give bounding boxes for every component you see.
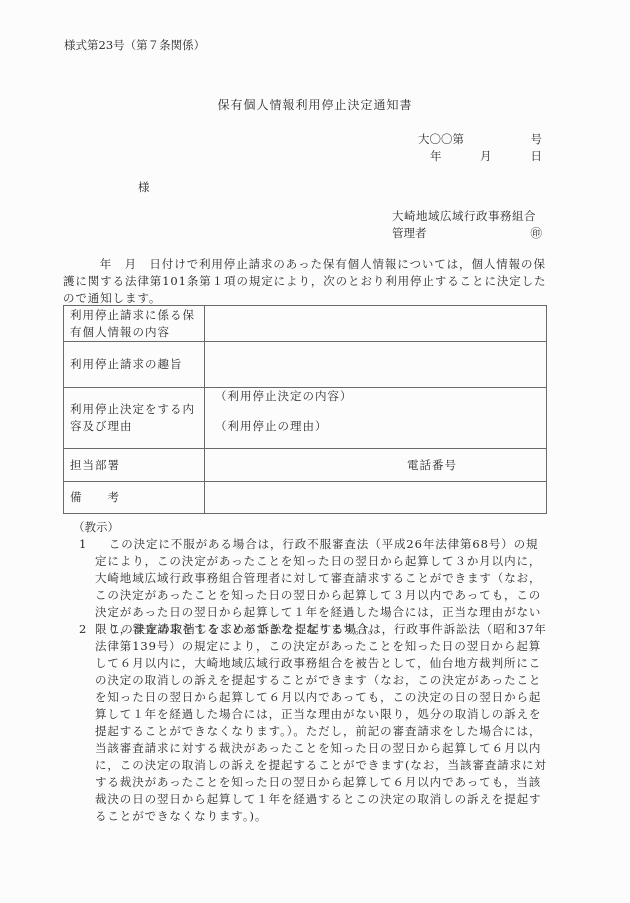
table-row: 利用停止請求に係る保有個人情報の内容: [64, 306, 547, 342]
sender-title: 管理者 ㊞: [392, 225, 542, 241]
row-value: [205, 306, 547, 342]
paragraph-text: 年 月 日付けで利用停止請求のあった保有個人情報については，個人情報の保護に関す…: [63, 256, 553, 307]
decision-content-label: （利用停止決定の内容）: [215, 388, 353, 405]
sender-title-text: 管理者: [392, 226, 427, 240]
row-label: 担当部署: [64, 449, 205, 482]
notice-number: 2: [79, 621, 87, 638]
addressee: 様: [138, 179, 150, 195]
date-month: 月: [480, 148, 492, 164]
row-value: 電話番号: [205, 449, 547, 482]
row-value: （利用停止決定の内容） （利用停止の理由）: [205, 388, 547, 449]
doc-number-prefix: 大〇〇第: [418, 131, 464, 147]
table-row: 利用停止請求の趣旨: [64, 342, 547, 388]
notice-text: この決定の取消しを求める訴訟を提起する場合は，行政事件訴訟法（昭和37年法律第1…: [95, 621, 549, 825]
notice-item: 2 この決定の取消しを求める訴訟を提起する場合は，行政事件訴訟法（昭和37年法律…: [79, 621, 549, 825]
row-value: [205, 342, 547, 388]
phone-number-label: 電話番号: [407, 458, 457, 472]
notification-paragraph: 年 月 日付けで利用停止請求のあった保有個人情報については，個人情報の保護に関す…: [63, 256, 553, 307]
decision-reason-label: （利用停止の理由）: [215, 418, 328, 435]
row-label: 利用停止請求の趣旨: [64, 342, 205, 388]
table-row: 担当部署 電話番号: [64, 449, 547, 482]
row-label: 利用停止決定をする内容及び理由: [64, 388, 205, 449]
sender-organization: 大崎地域広域行政事務組合: [392, 208, 536, 224]
date-day: 日: [531, 148, 543, 164]
seal-mark: ㊞: [531, 225, 543, 241]
row-value: [205, 482, 547, 514]
form-number: 様式第23号（第７条関係）: [64, 37, 205, 53]
table-row: 利用停止決定をする内容及び理由 （利用停止決定の内容） （利用停止の理由）: [64, 388, 547, 449]
decision-table: 利用停止請求に係る保有個人情報の内容 利用停止請求の趣旨 利用停止決定をする内容…: [63, 305, 547, 514]
row-label: 備 考: [64, 482, 205, 514]
table-row: 備 考: [64, 482, 547, 514]
document-title: 保有個人情報利用停止決定通知書: [0, 96, 630, 113]
notice-heading: （教示）: [73, 519, 119, 535]
row-label: 利用停止請求に係る保有個人情報の内容: [64, 306, 205, 342]
doc-number-suffix: 号: [531, 131, 543, 147]
date-year: 年: [430, 148, 442, 164]
notice-number: 1: [79, 536, 87, 553]
